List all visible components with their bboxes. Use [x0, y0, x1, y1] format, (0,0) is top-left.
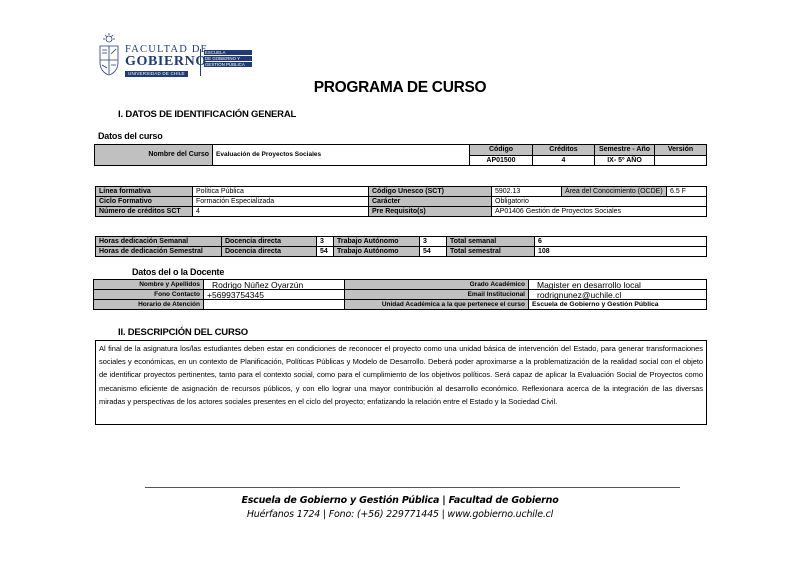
course-description-box: Al final de la asignatura los/las estudi… — [95, 340, 707, 425]
total-label: Total semanal — [447, 237, 535, 247]
total-value: 6 — [535, 237, 707, 247]
page-title: PROGRAMA DE CURSO — [0, 79, 800, 97]
footer-contact: Huérfanos 1724 | Fono: (+56) 229771445 |… — [0, 509, 800, 520]
footer-institution: Escuela de Gobierno y Gestión Pública | … — [0, 495, 800, 506]
hours-row-label: Horas dedicación Semanal — [96, 237, 222, 247]
autonomous-label: Trabajo Autónomo — [334, 237, 420, 247]
phone-value: +56993754345 — [204, 290, 345, 300]
character-label: Carácter — [369, 197, 492, 207]
sct-value: 4 — [193, 207, 369, 217]
code-value: AP01500 — [470, 156, 533, 166]
autonomous-label: Trabajo Autónomo — [334, 247, 420, 257]
school-name: ESCUELA DE GOBIERNO Y GESTIÓN PÚBLICA — [204, 50, 252, 68]
area-label: Área del Conocimiento (OCDE) — [562, 187, 667, 197]
total-value: 108 — [535, 247, 707, 257]
office-hours-value — [204, 300, 345, 310]
credits-label: Créditos — [533, 145, 595, 156]
direct-value: 3 — [317, 237, 334, 247]
academic-unit-value: Escuela de Gobierno y Gestión Pública — [529, 300, 707, 310]
version-value — [655, 156, 707, 166]
school-line: GESTIÓN PÚBLICA — [204, 62, 252, 67]
email-value: rodrignunez@uchile.cl — [529, 290, 707, 300]
credits-value: 4 — [533, 156, 595, 166]
school-line: DE GOBIERNO Y — [204, 56, 252, 61]
unesco-value: 5902.13 — [492, 187, 562, 197]
faculty-name-line2: GOBIERNO — [125, 54, 207, 70]
total-label: Total semestral — [447, 247, 535, 257]
hours-row: Horas dedicación Semanal Docencia direct… — [96, 237, 707, 247]
email-label: Email Institucional — [345, 290, 529, 300]
cycle-value: Formación Especializada — [193, 197, 369, 207]
prereq-label: Pre Requisito(s) — [369, 207, 492, 217]
unesco-label: Código Unesco (SCT) — [369, 187, 492, 197]
hours-table: Horas dedicación Semanal Docencia direct… — [95, 236, 707, 257]
section2-title: II. DESCRIPCIÓN DEL CURSO — [118, 327, 248, 338]
semester-label: Semestre - Año — [595, 145, 655, 156]
course-name-value: Evaluación de Proyectos Sociales — [213, 145, 470, 166]
teacher-table: Nombre y Apellidos Rodrigo Núñez Oyarzún… — [93, 279, 707, 310]
course-data-label: Datos del curso — [98, 131, 163, 141]
faculty-logo: FACULTAD DE GOBIERNO UNIVERSIDAD DE CHIL… — [97, 32, 257, 78]
sct-label: Número de créditos SCT — [96, 207, 193, 217]
university-name: UNIVERSIDAD DE CHILE — [125, 71, 188, 77]
character-value: Obligatorio — [492, 197, 707, 207]
hours-row: Horas de dedicación Semestral Docencia d… — [96, 247, 707, 257]
teacher-name-label: Nombre y Apellidos — [94, 280, 204, 290]
direct-value: 54 — [317, 247, 334, 257]
course-info-table: Línea formativa Política Pública Código … — [95, 186, 707, 217]
semester-value: IX- 5º AÑO — [595, 156, 655, 166]
course-table: Nombre del Curso Evaluación de Proyectos… — [94, 144, 707, 166]
direct-label: Docencia directa — [222, 237, 317, 247]
teacher-data-label: Datos del o la Docente — [132, 267, 224, 277]
academic-unit-label: Unidad Académica a la que pertenece el c… — [345, 300, 529, 310]
degree-value: Magister en desarrollo local — [529, 280, 707, 290]
cycle-label: Ciclo Formativo — [96, 197, 193, 207]
section1-title: I. DATOS DE IDENTIFICACIÓN GENERAL — [118, 109, 296, 120]
school-line: ESCUELA — [204, 50, 252, 55]
footer-divider — [145, 487, 680, 488]
teacher-name-value: Rodrigo Núñez Oyarzún — [204, 280, 345, 290]
university-crest-icon — [97, 32, 121, 76]
logo-divider — [200, 49, 201, 76]
prereq-value: AP01406 Gestión de Proyectos Sociales — [492, 207, 707, 217]
course-name-label: Nombre del Curso — [95, 145, 213, 166]
direct-label: Docencia directa — [222, 247, 317, 257]
area-value: 6.5 F — [667, 187, 707, 197]
office-hours-label: Horario de Atención — [94, 300, 204, 310]
autonomous-value: 3 — [420, 237, 447, 247]
line-label: Línea formativa — [96, 187, 193, 197]
phone-label: Fono Contacto — [94, 290, 204, 300]
hours-row-label: Horas de dedicación Semestral — [96, 247, 222, 257]
code-label: Código — [470, 145, 533, 156]
course-description: Al final de la asignatura los/las estudi… — [99, 342, 703, 408]
version-label: Versión — [655, 145, 707, 156]
autonomous-value: 54 — [420, 247, 447, 257]
line-value: Política Pública — [193, 187, 369, 197]
degree-label: Grado Académico — [345, 280, 529, 290]
